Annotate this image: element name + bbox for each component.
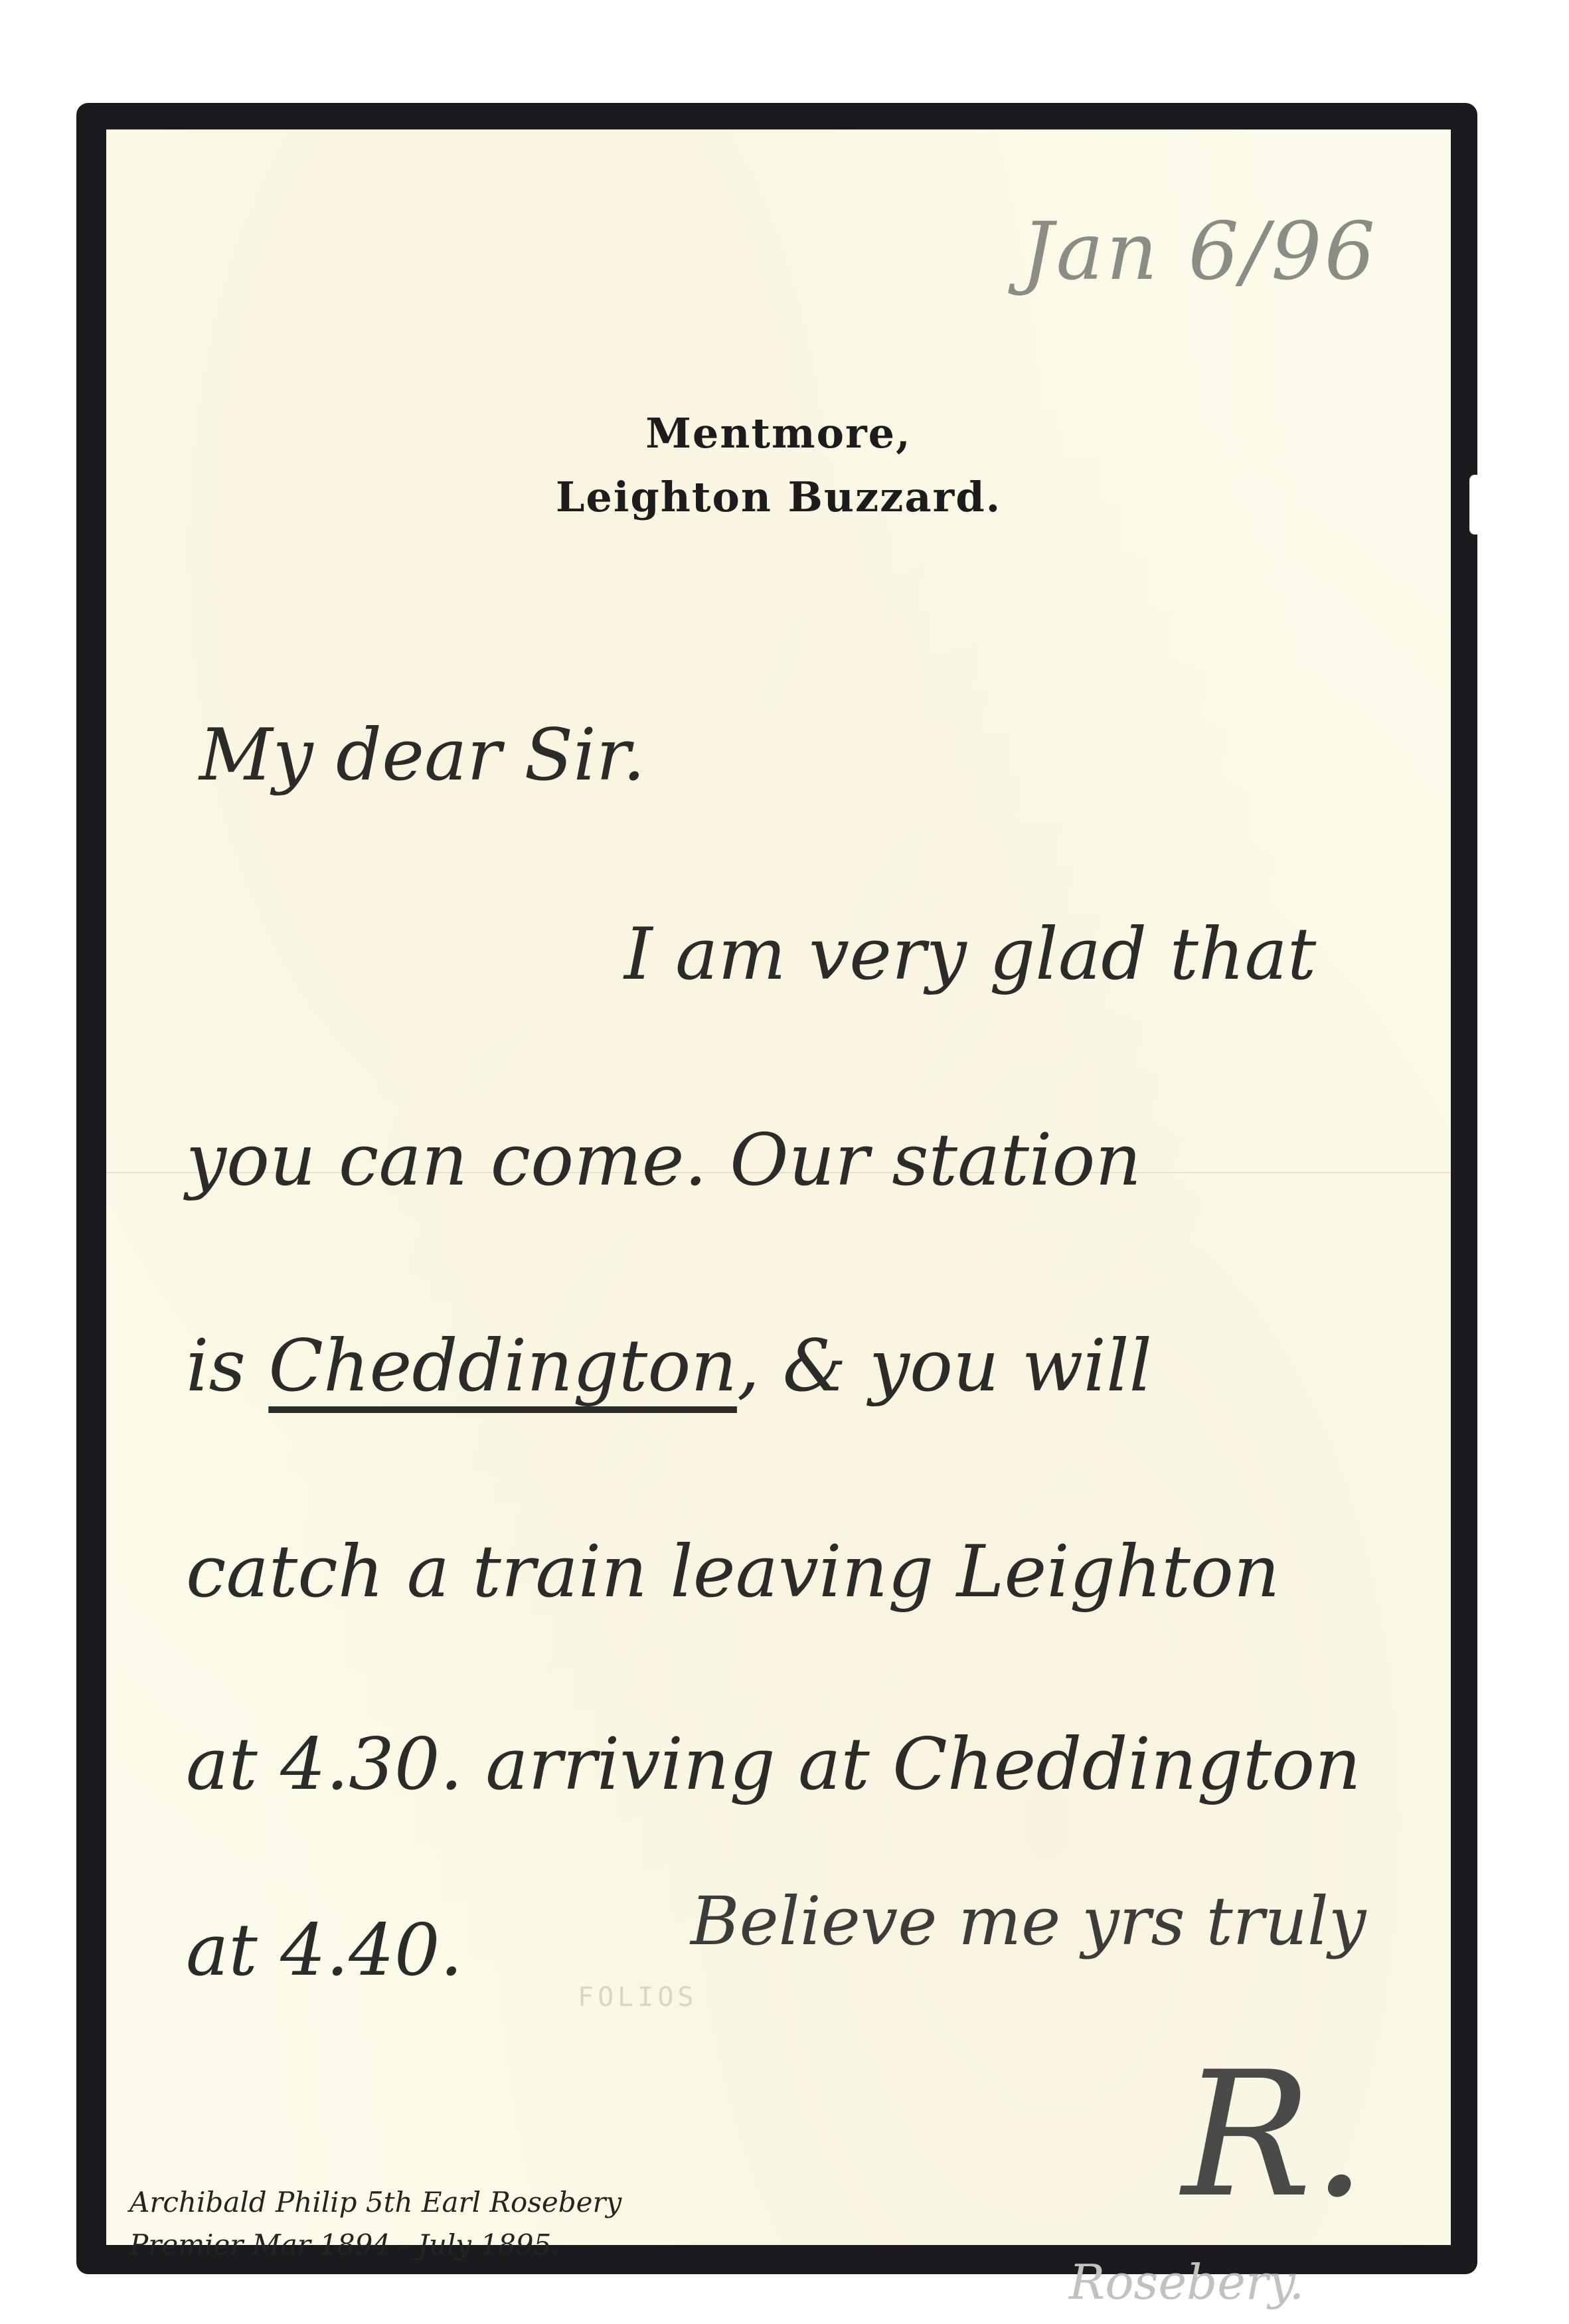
provenance-annotation: Archibald Philip 5th Earl Rosebery Premi… [129, 2181, 621, 2266]
body-line-4: catch a train leaving Leighton [186, 1531, 1280, 1614]
body-text: is [186, 1325, 246, 1408]
faint-stamp: FOLIOS [578, 1982, 698, 2013]
body-line-5: at 4.30. arriving at Cheddington [186, 1723, 1361, 1806]
body-line-1: I am very glad that [624, 913, 1316, 996]
signature: R. [1182, 2035, 1366, 2236]
letter-date: Jan 6/96 [1021, 206, 1378, 298]
annotation-line-1: Archibald Philip 5th Earl Rosebery [129, 2181, 621, 2224]
mourning-letter-card: Jan 6/96 Mentmore, Leighton Buzzard. My … [76, 103, 1477, 2274]
body-text: , & you will [737, 1325, 1152, 1408]
letterhead-line-2: Leighton Buzzard. [106, 465, 1451, 529]
pencil-note: Rosebery. [1069, 2254, 1304, 2310]
border-notch [1469, 475, 1479, 535]
letterhead-line-1: Mentmore, [106, 402, 1451, 465]
body-line-2: you can come. Our station [186, 1119, 1141, 1202]
body-line-3: is Cheddington, & you will [186, 1325, 1152, 1408]
body-line-6: at 4.40. [186, 1909, 463, 1992]
letter-paper: Jan 6/96 Mentmore, Leighton Buzzard. My … [106, 129, 1451, 2245]
underlined-station-name: Cheddington [268, 1325, 737, 1408]
salutation: My dear Sir. [199, 714, 645, 797]
annotation-line-2: Premier Mar 1894 - July 1895. [129, 2224, 621, 2266]
closing: Believe me yrs truly [691, 1882, 1366, 1960]
letterhead: Mentmore, Leighton Buzzard. [106, 402, 1451, 529]
